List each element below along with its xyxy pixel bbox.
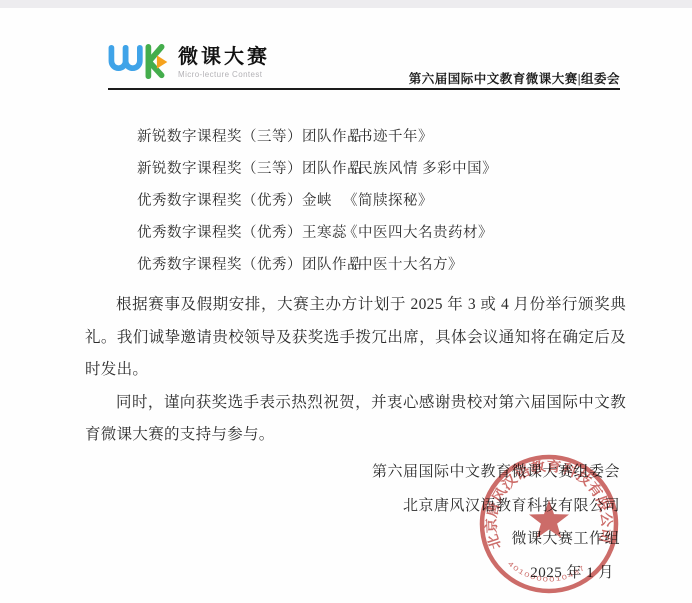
signature-date: 2025 年 1 月 [372,557,620,591]
award-category: 新锐数字课程奖（三等） [137,161,302,177]
signature-block: 第六届国际中文教育微课大赛组委会 北京唐风汉语教育科技有限公司 微课大赛工作组 … [372,456,620,590]
paragraph-congratulations: 同时，谨向获奖选手表示热烈祝贺，并衷心感谢贵校对第六届国际中文教育微课大赛的支持… [85,387,626,452]
award-category: 优秀数字课程奖（优秀） [137,225,302,241]
award-recipient: 金峡 [302,193,332,209]
award-row: 新锐数字课程奖（三等）团队作品 《民族风情 多彩中国》 [137,153,597,185]
logo-title: 微课大赛 [178,46,270,68]
wk-logo-icon [106,44,168,80]
award-recipient: 王寒蕊 [302,225,347,241]
award-work-title: 《中医十大名方》 [343,249,463,281]
contest-logo: 微课大赛 Micro-lecture Contest [106,44,270,80]
award-row: 优秀数字课程奖（优秀）金峡 《简牍探秘》 [137,185,597,217]
signature-company: 北京唐风汉语教育科技有限公司 [372,490,620,524]
award-letter-page: 微课大赛 Micro-lecture Contest 第六届国际中文教育微课大赛… [0,0,692,603]
award-work-title: 《书迹千年》 [343,121,433,153]
signature-committee: 第六届国际中文教育微课大赛组委会 [372,456,620,490]
header-committee-line: 第六届国际中文教育微课大赛|组委会 [409,69,620,87]
award-category: 优秀数字课程奖（优秀） [137,257,302,273]
award-work-title: 《简牍探秘》 [343,185,433,217]
logo-text-block: 微课大赛 Micro-lecture Contest [178,44,270,79]
award-work-title: 《民族风情 多彩中国》 [343,153,497,185]
award-work-title: 《中医四大名贵药材》 [343,217,493,249]
paragraph-ceremony-notice: 根据赛事及假期安排，大赛主办方计划于 2025 年 3 或 4 月份举行颁奖典礼… [85,289,626,387]
signature-workgroup: 微课大赛工作组 [372,523,620,557]
header-rule [108,88,620,90]
letter-body: 根据赛事及假期安排，大赛主办方计划于 2025 年 3 或 4 月份举行颁奖典礼… [85,289,626,452]
award-row: 新锐数字课程奖（三等）团队作品 《书迹千年》 [137,121,597,153]
award-category: 新锐数字课程奖（三等） [137,129,302,145]
logo-subtitle: Micro-lecture Contest [178,70,270,79]
award-category: 优秀数字课程奖（优秀） [137,193,302,209]
scan-top-edge [0,0,692,8]
award-row: 优秀数字课程奖（优秀）团队作品 《中医十大名方》 [137,249,597,281]
award-list: 新锐数字课程奖（三等）团队作品 《书迹千年》 新锐数字课程奖（三等）团队作品 《… [137,121,597,281]
award-row: 优秀数字课程奖（优秀）王寒蕊 《中医四大名贵药材》 [137,217,597,249]
